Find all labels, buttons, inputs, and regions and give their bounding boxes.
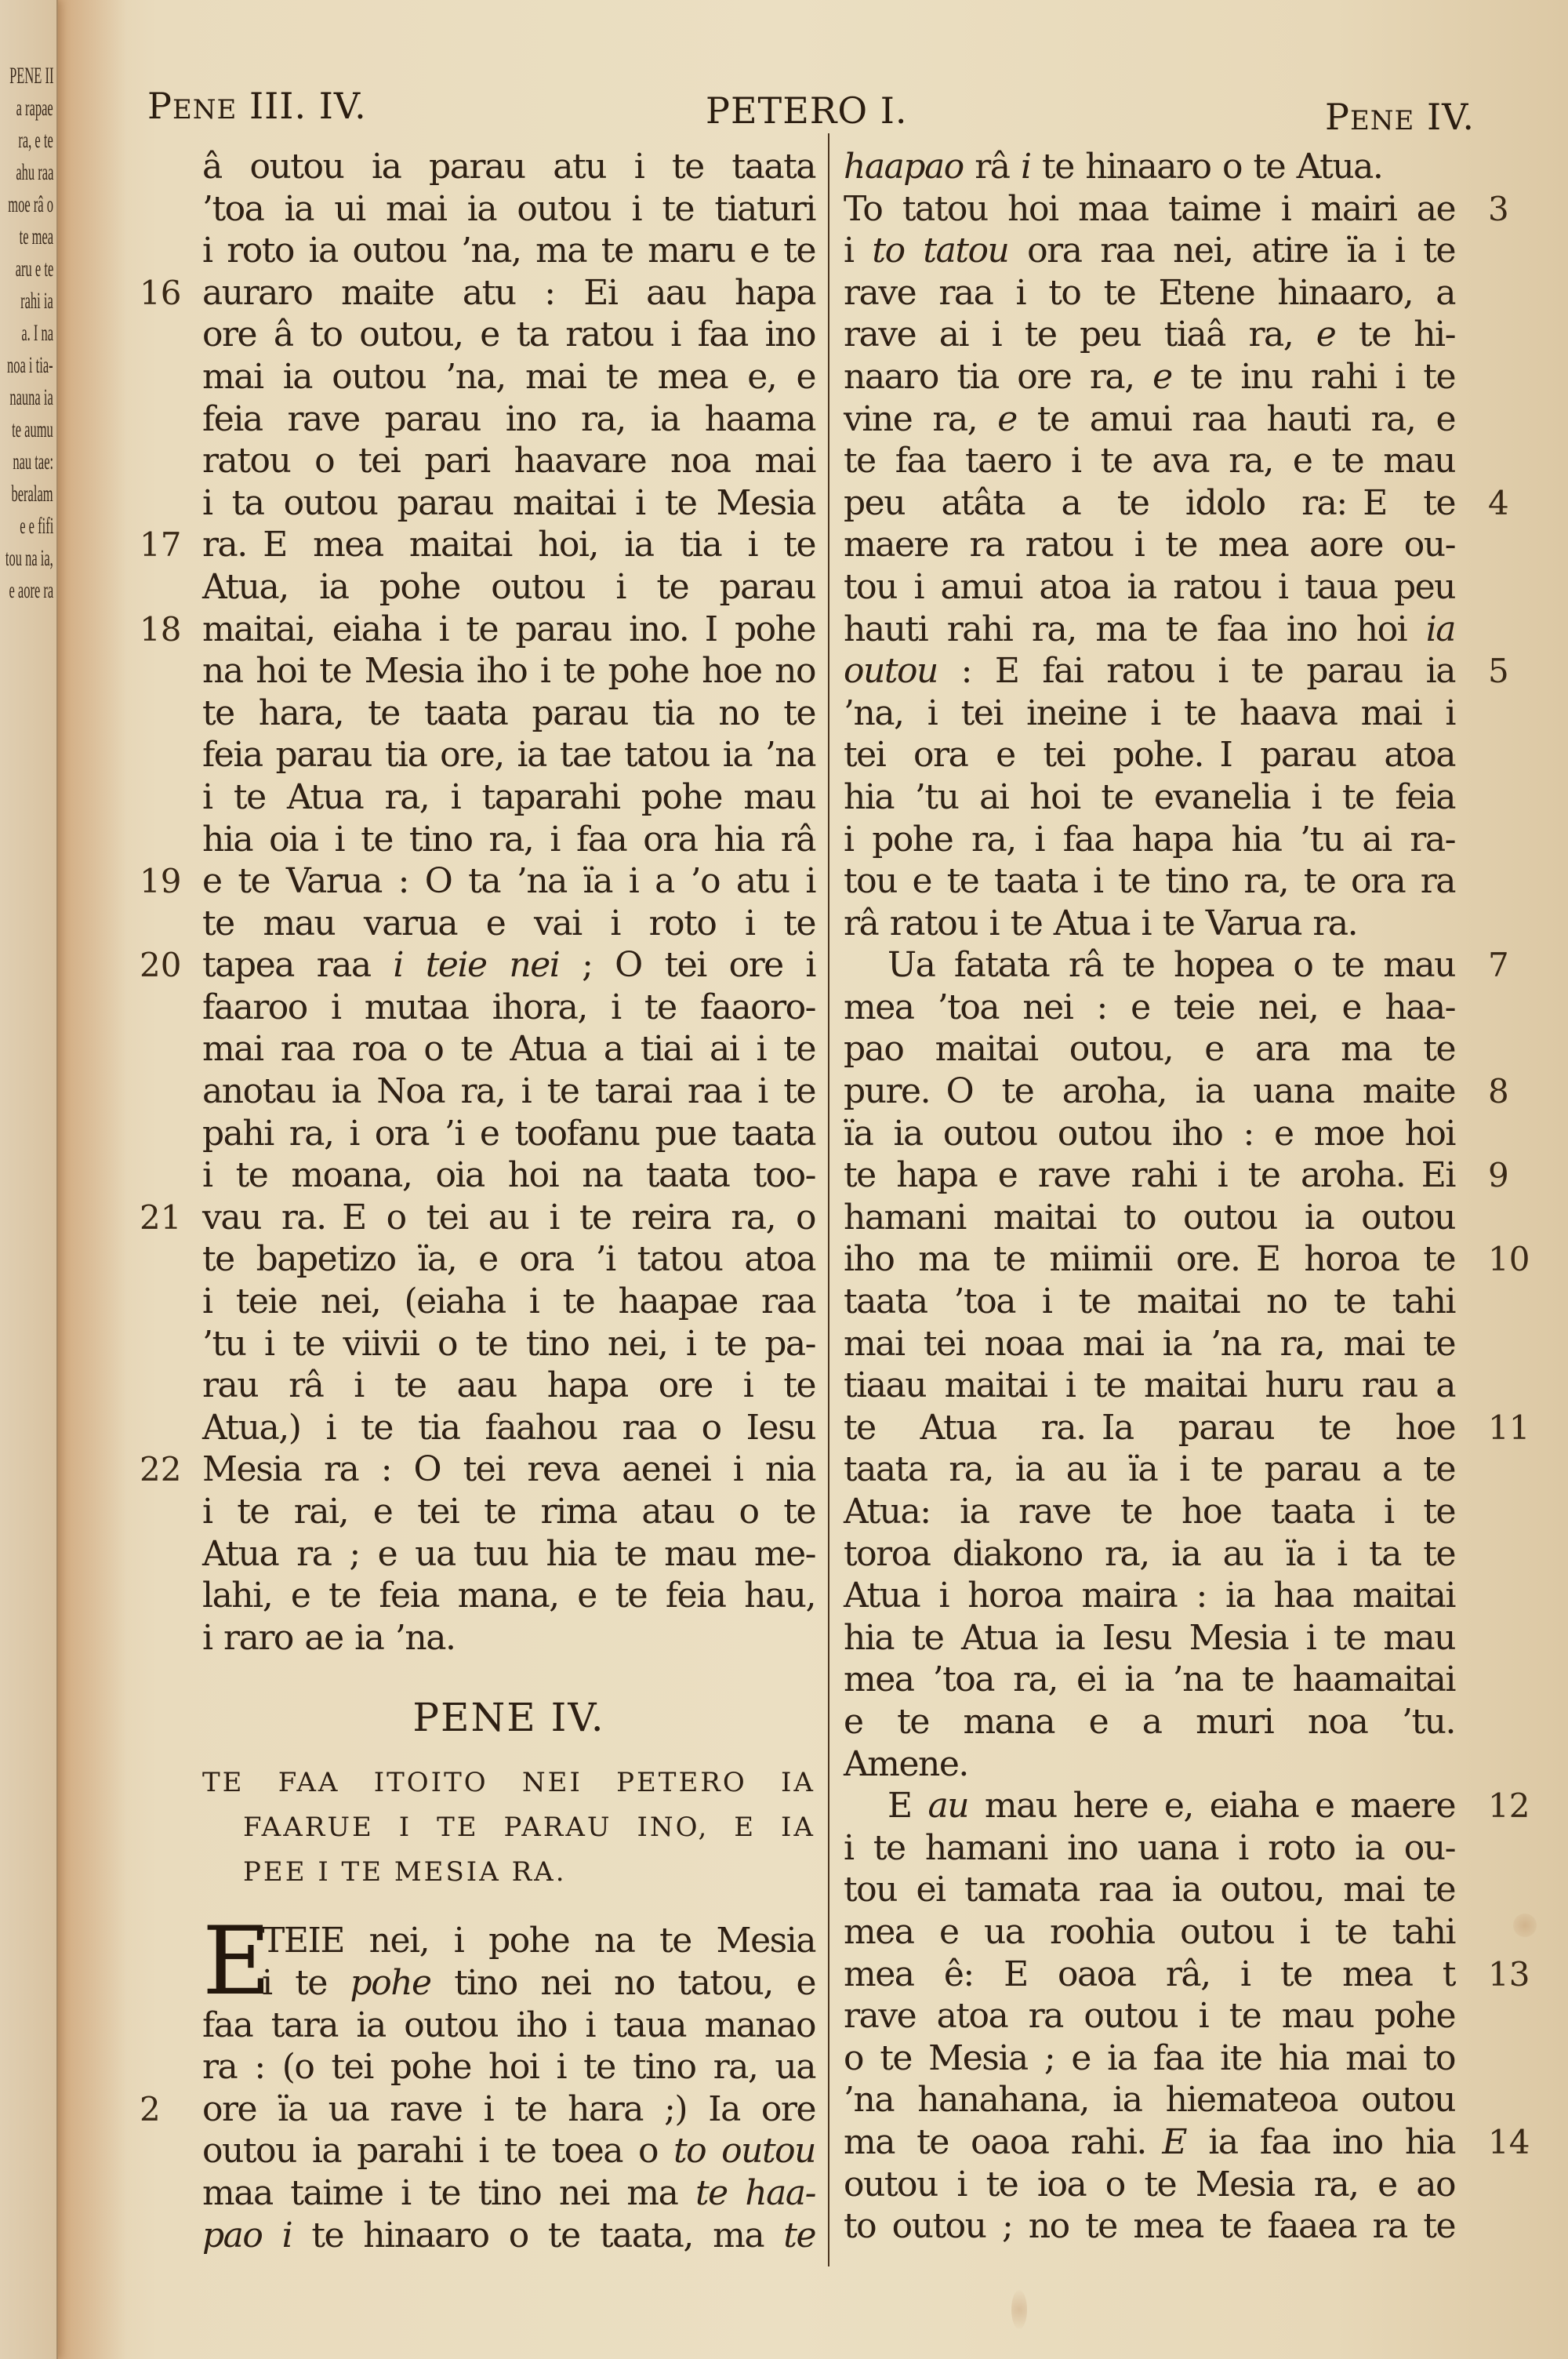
text-line: 14ma te oaoa rahi. E ia faa ino hia bbox=[844, 2121, 1455, 2164]
text-line: 13mea ê: E oaoa râ, i te mea t bbox=[844, 1954, 1455, 1996]
italic-text: te haa- bbox=[695, 2173, 815, 2213]
italic-text: outou bbox=[844, 651, 938, 691]
text-line: 3To tatou hoi maa taime i mairi ae bbox=[844, 188, 1455, 231]
text-line: i pohe ra, i faa hapa hia ’tu ai ra- bbox=[844, 819, 1455, 861]
line-text: i te Atua ra, i taparahi pohe mau bbox=[202, 777, 815, 817]
italic-text: i teie nei bbox=[393, 945, 559, 985]
line-text: te Atua ra. Ia parau te hoe bbox=[844, 1408, 1455, 1448]
text-line: feia parau tia ore, ia tae tatou ia ’na bbox=[202, 734, 815, 776]
previous-page-text: moe râ o bbox=[8, 191, 53, 218]
text-line: 17ra. E mea maitai hoi, ia tia i te bbox=[202, 524, 815, 566]
text-line: TEIE nei, i pohe na te Mesia bbox=[202, 1920, 815, 1962]
line-text: feia rave parau ino ra, ia haama bbox=[202, 399, 815, 439]
text-line: lahi, e te feia mana, e te feia hau, bbox=[202, 1575, 815, 1617]
text-line: faa tara ia outou iho i taua manao bbox=[202, 2005, 815, 2047]
line-text: rau râ i te aau hapa ore i te bbox=[202, 1365, 815, 1405]
line-text: Atua: ia rave te hoe taata i te bbox=[844, 1492, 1455, 1532]
text-line: rave ai i te peu tiaâ ra, e te hi- bbox=[844, 314, 1455, 356]
text-line: 2ore ïa ua rave i te hara ;) Ia ore bbox=[202, 2088, 815, 2131]
previous-page-text: e aore ra bbox=[9, 577, 53, 604]
line-text: ore ïa ua rave i te hara ;) Ia ore bbox=[202, 2089, 815, 2129]
line-text: na hoi te Mesia iho i te pohe hoe no bbox=[202, 651, 815, 691]
line-text: ma te oaoa rahi. bbox=[844, 2122, 1162, 2162]
line-text: lahi, e te feia mana, e te feia hau, bbox=[202, 1576, 815, 1616]
line-text: i te bbox=[262, 1963, 350, 2003]
line-text: i ta outou parau maitai i te Mesia bbox=[202, 483, 815, 523]
text-line: rave raa i to te Etene hinaaro, a bbox=[844, 272, 1455, 314]
text-line: 19e te Varua : O ta ’na ïa i a ’o atu i bbox=[202, 860, 815, 903]
text-line: i raro ae ia ’na. bbox=[202, 1617, 815, 1659]
line-text: ’toa ia ui mai ia outou i te tiaturi bbox=[202, 189, 815, 229]
text-line: rave atoa ra outou i te mau pohe bbox=[844, 1995, 1455, 2037]
line-text: maitai, eiaha i te parau ino. I pohe bbox=[202, 609, 815, 649]
previous-page-text: beralam bbox=[12, 481, 53, 507]
italic-text: to outou bbox=[673, 2131, 815, 2171]
previous-page-text: noa i tia- bbox=[7, 352, 53, 379]
line-text: hauti rahi ra, ma te faa ino hoi bbox=[844, 609, 1426, 649]
line-text: faa tara ia outou iho i taua manao bbox=[202, 2005, 815, 2045]
line-text: e te Varua : O ta ’na ïa i a ’o atu i bbox=[202, 861, 815, 901]
text-line: 18maitai, eiaha i te parau ino. I pohe bbox=[202, 609, 815, 651]
text-line: râ ratou i te Atua i te Varua ra. bbox=[844, 903, 1455, 945]
line-text: taata ’toa i te maitai no te tahi bbox=[844, 1281, 1455, 1321]
previous-page-text: rahi ia bbox=[20, 288, 53, 314]
line-text: hamani maitai to outou ia outou bbox=[844, 1198, 1455, 1238]
text-line: mea ’toa ra, ei ia ’na te haamaitai bbox=[844, 1659, 1455, 1701]
line-text: ia faa ino hia bbox=[1186, 2122, 1455, 2162]
running-head-book-title: PETERO I. bbox=[706, 89, 908, 132]
text-line: feia rave parau ino ra, ia haama bbox=[202, 398, 815, 441]
previous-page-text: e e fifi bbox=[20, 513, 53, 540]
text-line: i te Atua ra, i taparahi pohe mau bbox=[202, 776, 815, 819]
text-line: outou i te ioa o te Mesia ra, e ao bbox=[844, 2164, 1455, 2206]
summary-line: TE FAA ITOITO NEI PETERO IA bbox=[202, 1761, 815, 1805]
line-text: outou ia parahi i te toea o bbox=[202, 2131, 673, 2171]
text-line: hia oia i te tino ra, i faa ora hia râ bbox=[202, 819, 815, 861]
column-divider bbox=[828, 133, 829, 2266]
line-text: i te moana, oia hoi na taata too- bbox=[202, 1155, 815, 1195]
text-line: 21vau ra. E o tei au i te reira ra, o bbox=[202, 1197, 815, 1239]
line-text: ïa ia outou outou iho : e moe hoi bbox=[844, 1114, 1455, 1154]
line-text: : E fai ratou i te parau ia bbox=[938, 651, 1455, 691]
text-line: anotau ia Noa ra, i te tarai raa i te bbox=[202, 1070, 815, 1113]
previous-page-edge: PENE IIa rapaera, e teahu raamoe râ ote … bbox=[0, 0, 58, 2359]
verse-number: 9 bbox=[1488, 1154, 1543, 1197]
text-line: Atua,) i te tia faahou raa o Iesu bbox=[202, 1407, 815, 1449]
line-text: mea ’toa nei : e teie nei, e haa- bbox=[844, 987, 1455, 1027]
text-line: rau râ i te aau hapa ore i te bbox=[202, 1365, 815, 1407]
text-line: mai tei noaa mai ia ’na ra, mai te bbox=[844, 1323, 1455, 1365]
verse-number: 10 bbox=[1488, 1238, 1543, 1281]
text-line: 9te hapa e rave rahi i te aroha. Ei bbox=[844, 1154, 1455, 1197]
text-line: â outou ia parau atu i te taata bbox=[202, 146, 815, 188]
text-line: te bapetizo ïa, e ora ’i tatou atoa bbox=[202, 1238, 815, 1281]
gutter-shadow bbox=[56, 0, 127, 2359]
italic-text: E bbox=[1162, 2122, 1186, 2162]
text-line: to outou ; no te mea te faaea ra te bbox=[844, 2205, 1455, 2248]
line-text: â outou ia parau atu i te taata bbox=[202, 147, 815, 187]
text-line: Atua ra ; e ua tuu hia te mau me- bbox=[202, 1533, 815, 1576]
line-text: maere ra ratou i te mea aore ou- bbox=[844, 525, 1455, 565]
line-text: ratou o tei pari haavare noa mai bbox=[202, 441, 815, 481]
text-line: hauti rahi ra, ma te faa ino hoi ia bbox=[844, 609, 1455, 651]
book-page: PENE IIa rapaera, e teahu raamoe râ ote … bbox=[0, 0, 1568, 2359]
text-line: tou ei tamata raa ia outou, mai te bbox=[844, 1869, 1455, 1911]
text-line: outou ia parahi i te toea o to outou bbox=[202, 2130, 815, 2172]
verse-number: 22 bbox=[140, 1448, 190, 1491]
text-line: Amene. bbox=[844, 1743, 1455, 1786]
text-line: ïa ia outou outou iho : e moe hoi bbox=[844, 1113, 1455, 1155]
previous-page-text: te aumu bbox=[12, 416, 53, 443]
text-line: mai raa roa o te Atua a tiai ai i te bbox=[202, 1028, 815, 1070]
text-line: vine ra, e te amui raa hauti ra, e bbox=[844, 398, 1455, 441]
line-text: i teie nei, (eiaha i te haapae raa bbox=[202, 1281, 815, 1321]
line-text: i bbox=[844, 231, 872, 271]
line-text: te hinaaro o te Atua. bbox=[1031, 147, 1383, 187]
text-line: 7Ua fatata râ te hopea o te mau bbox=[844, 944, 1455, 987]
text-line: tou e te taata i te tino ra, te ora ra bbox=[844, 860, 1455, 903]
left-column: â outou ia parau atu i te taata’toa ia u… bbox=[202, 146, 815, 2256]
line-text: mea e ua roohia outou i te tahi bbox=[844, 1912, 1455, 1952]
line-text: ra : (o tei pohe hoi i te tino ra, ua bbox=[202, 2047, 815, 2087]
line-text: tou ei tamata raa ia outou, mai te bbox=[844, 1870, 1455, 1910]
text-line: i teie nei, (eiaha i te haapae raa bbox=[202, 1281, 815, 1323]
chapter-opening: ETEIE nei, i pohe na te Mesiai te pohe t… bbox=[202, 1920, 815, 2256]
text-line: 4peu atâta a te idolo ra: E te bbox=[844, 482, 1455, 525]
line-text: pahi ra, i ora ’i e toofanu pue taata bbox=[202, 1114, 815, 1154]
line-text: peu atâta a te idolo ra: E te bbox=[844, 483, 1455, 523]
italic-text: e bbox=[1152, 357, 1172, 397]
text-line: ra : (o tei pohe hoi i te tino ra, ua bbox=[202, 2046, 815, 2088]
text-line: 16auraro maite atu : Ei aau hapa bbox=[202, 272, 815, 314]
previous-page-text: tou na ia, bbox=[5, 545, 53, 572]
line-text: te faa taero i te ava ra, e te mau bbox=[844, 441, 1455, 481]
line-text: te hara, te taata parau tia no te bbox=[202, 693, 815, 733]
text-line: te hara, te taata parau tia no te bbox=[202, 692, 815, 735]
line-text: hia oia i te tino ra, i faa ora hia râ bbox=[202, 820, 815, 860]
text-line: naaro tia ore ra, e te inu rahi i te bbox=[844, 356, 1455, 398]
text-line: 22Mesia ra : O tei reva aenei i nia bbox=[202, 1448, 815, 1491]
line-text: Mesia ra : O tei reva aenei i nia bbox=[202, 1449, 815, 1489]
line-text: hia te Atua ia Iesu Mesia i te mau bbox=[844, 1618, 1455, 1658]
text-line: 5outou : E fai ratou i te parau ia bbox=[844, 650, 1455, 692]
verse-number: 16 bbox=[140, 272, 190, 314]
running-head-right: PENE IV. bbox=[1325, 96, 1475, 138]
text-line: e te mana e a muri noa ’tu. bbox=[844, 1701, 1455, 1743]
text-line: i to tatou ora raa nei, atire ïa i te bbox=[844, 230, 1455, 272]
previous-page-text: nau tae: bbox=[13, 449, 53, 475]
line-text: TEIE nei, i pohe na te Mesia bbox=[262, 1921, 815, 1961]
text-line: mai ia outou ’na, mai te mea e, e bbox=[202, 356, 815, 398]
line-text: auraro maite atu : Ei aau hapa bbox=[202, 273, 815, 313]
chapter-summary: TE FAA ITOITO NEI PETERO IAFAARUE I TE P… bbox=[202, 1761, 815, 1895]
line-text: mea ê: E oaoa râ, i te mea t bbox=[844, 1954, 1455, 1994]
text-line: hamani maitai to outou ia outou bbox=[844, 1197, 1455, 1239]
line-text: râ ratou i te Atua i te Varua ra. bbox=[844, 903, 1357, 943]
line-text: mai raa roa o te Atua a tiai ai i te bbox=[202, 1029, 815, 1069]
line-text: i pohe ra, i faa hapa hia ’tu ai ra- bbox=[844, 820, 1455, 860]
text-line: tei ora e tei pohe. I parau atoa bbox=[844, 734, 1455, 776]
line-text: te amui raa hauti ra, e bbox=[1017, 399, 1455, 439]
line-text: Atua ra ; e ua tuu hia te mau me- bbox=[202, 1534, 815, 1574]
text-line: Atua, ia pohe outou i te parau bbox=[202, 566, 815, 609]
line-text: toroa diakono ra, ia au ïa i ta te bbox=[844, 1534, 1455, 1574]
line-text: anotau ia Noa ra, i te tarai raa i te bbox=[202, 1071, 815, 1111]
summary-line: PEE I TE MESIA RA. bbox=[202, 1850, 815, 1895]
text-line: mea ’toa nei : e teie nei, e haa- bbox=[844, 987, 1455, 1029]
verse-number: 11 bbox=[1488, 1407, 1543, 1449]
line-text: rave ai i te peu tiaâ ra, bbox=[844, 314, 1316, 354]
verse-number: 7 bbox=[1488, 944, 1543, 987]
line-text: vau ra. E o tei au i te reira ra, o bbox=[202, 1198, 815, 1238]
line-text: te hi- bbox=[1335, 314, 1455, 354]
text-line: pao maitai outou, e ara ma te bbox=[844, 1028, 1455, 1070]
line-text: Ua fatata râ te hopea o te mau bbox=[887, 945, 1455, 985]
text-line: 11te Atua ra. Ia parau te hoe bbox=[844, 1407, 1455, 1449]
verse-number: 20 bbox=[140, 944, 190, 987]
previous-page-text: ahu raa bbox=[16, 159, 53, 186]
verse-number: 17 bbox=[140, 524, 190, 566]
running-head: PENE III. IV. PETERO I. PENE IV. bbox=[0, 78, 1568, 133]
line-text: Atua,) i te tia faahou raa o Iesu bbox=[202, 1408, 815, 1448]
line-text: i te rai, e tei te rima atau o te bbox=[202, 1492, 815, 1532]
verse-number: 3 bbox=[1488, 188, 1543, 231]
text-line: i ta outou parau maitai i te Mesia bbox=[202, 482, 815, 525]
line-text: naaro tia ore ra, bbox=[844, 357, 1152, 397]
line-text: te hapa e rave rahi i te aroha. Ei bbox=[844, 1155, 1455, 1195]
text-line: 12E au mau here e, eiaha e maere bbox=[844, 1785, 1455, 1827]
line-text: Atua i horoa maira : ia haa maitai bbox=[844, 1576, 1455, 1616]
line-text: iho ma te miimii ore. E horoa te bbox=[844, 1239, 1455, 1279]
line-text: ra. E mea maitai hoi, ia tia i te bbox=[202, 525, 815, 565]
line-text: ora raa nei, atire ïa i te bbox=[1008, 231, 1455, 271]
line-text: Amene. bbox=[844, 1744, 968, 1784]
line-text: te inu rahi i te bbox=[1172, 357, 1455, 397]
verse-number: 2 bbox=[140, 2088, 190, 2131]
line-text: hia ’tu ai hoi te evanelia i te feia bbox=[844, 777, 1455, 817]
previous-page-text: a. I na bbox=[21, 320, 53, 347]
text-line: ’na hanahana, ia hiemateoa outou bbox=[844, 2079, 1455, 2121]
text-line: 20tapea raa i teie nei ; O tei ore i bbox=[202, 944, 815, 987]
line-text: maa taime i te tino nei ma bbox=[202, 2173, 695, 2213]
line-text: ore â to outou, e ta ratou i faa ino bbox=[202, 314, 815, 354]
text-line: faaroo i mutaa ihora, i te faaoro- bbox=[202, 987, 815, 1029]
text-line: mea e ua roohia outou i te tahi bbox=[844, 1911, 1455, 1954]
text-line: Atua: ia rave te hoe taata i te bbox=[844, 1491, 1455, 1533]
previous-page-text: te mea bbox=[19, 224, 53, 250]
verse-number: 4 bbox=[1488, 482, 1543, 525]
line-text: tapea raa bbox=[202, 945, 393, 985]
text-line: tou i amui atoa ia ratou i taua peu bbox=[844, 566, 1455, 609]
chapter-heading: PENE IV. bbox=[202, 1659, 815, 1761]
previous-page-text: nauna ia bbox=[10, 384, 53, 411]
verse-number: 13 bbox=[1488, 1954, 1543, 1996]
line-text: mau here e, eiaha e maere bbox=[968, 1786, 1455, 1826]
verse-number: 5 bbox=[1488, 650, 1543, 692]
text-line: Atua i horoa maira : ia haa maitai bbox=[844, 1575, 1455, 1617]
text-line: te mau varua e vai i roto i te bbox=[202, 903, 815, 945]
verse-number: 14 bbox=[1488, 2121, 1543, 2164]
line-text: râ bbox=[964, 147, 1021, 187]
italic-text: haapao bbox=[844, 147, 964, 187]
text-line: ratou o tei pari haavare noa mai bbox=[202, 440, 815, 482]
line-text: rave atoa ra outou i te mau pohe bbox=[844, 1996, 1455, 2036]
italic-text: ia bbox=[1426, 609, 1455, 649]
text-line: haapao râ i te hinaaro o te Atua. bbox=[844, 146, 1455, 188]
summary-line: FAARUE I TE PARAU INO, E IA bbox=[202, 1805, 815, 1850]
text-line: i te pohe tino nei no tatou, e bbox=[202, 1962, 815, 2005]
text-line: taata ra, ia au ïa i te parau a te bbox=[844, 1448, 1455, 1491]
italic-text: pao i bbox=[202, 2215, 292, 2255]
italic-text: pohe bbox=[350, 1963, 431, 2003]
verse-number: 21 bbox=[140, 1197, 190, 1239]
verse-number: 12 bbox=[1488, 1785, 1543, 1827]
text-line: ore â to outou, e ta ratou i faa ino bbox=[202, 314, 815, 356]
line-text: o te Mesia ; e ia faa ite hia mai to bbox=[844, 2038, 1455, 2078]
text-line: pahi ra, i ora ’i e toofanu pue taata bbox=[202, 1113, 815, 1155]
line-text: taata ra, ia au ïa i te parau a te bbox=[844, 1449, 1455, 1489]
text-line: toroa diakono ra, ia au ïa i ta te bbox=[844, 1533, 1455, 1576]
line-text: faaroo i mutaa ihora, i te faaoro- bbox=[202, 987, 815, 1027]
text-line: na hoi te Mesia iho i te pohe hoe no bbox=[202, 650, 815, 692]
line-text: ’na hanahana, ia hiemateoa outou bbox=[844, 2080, 1455, 2120]
line-text: i te hamani ino uana i roto ia ou- bbox=[844, 1828, 1455, 1868]
line-text: i roto ia outou ’na, ma te maru e te bbox=[202, 231, 815, 271]
line-text: outou i te ioa o te Mesia ra, e ao bbox=[844, 2165, 1455, 2205]
text-line: ’na, i tei ineine i te haava mai i bbox=[844, 692, 1455, 735]
verse-number: 8 bbox=[1488, 1070, 1543, 1113]
line-text: feia parau tia ore, ia tae tatou ia ’na bbox=[202, 735, 815, 775]
line-text: pao maitai outou, e ara ma te bbox=[844, 1029, 1455, 1069]
line-text: te bapetizo ïa, e ora ’i tatou atoa bbox=[202, 1239, 815, 1279]
line-text: vine ra, bbox=[844, 399, 997, 439]
line-text: ’na, i tei ineine i te haava mai i bbox=[844, 693, 1455, 733]
line-text: ’tu i te viivii o te tino nei, i te pa- bbox=[202, 1324, 815, 1364]
text-line: tiaau maitai i te maitai huru rau a bbox=[844, 1365, 1455, 1407]
text-line: i te moana, oia hoi na taata too- bbox=[202, 1154, 815, 1197]
text-line: 10iho ma te miimii ore. E horoa te bbox=[844, 1238, 1455, 1281]
line-text: te hinaaro o te taata, ma bbox=[292, 2215, 783, 2255]
italic-text: te bbox=[783, 2215, 815, 2255]
line-text: Atua, ia pohe outou i te parau bbox=[202, 567, 815, 607]
line-text: pure. O te aroha, ia uana maite bbox=[844, 1071, 1455, 1111]
text-line: i roto ia outou ’na, ma te maru e te bbox=[202, 230, 815, 272]
line-text: e te mana e a muri noa ’tu. bbox=[844, 1702, 1455, 1742]
text-line: te faa taero i te ava ra, e te mau bbox=[844, 440, 1455, 482]
text-line: ’toa ia ui mai ia outou i te tiaturi bbox=[202, 188, 815, 231]
line-text: To tatou hoi maa taime i mairi ae bbox=[844, 189, 1455, 229]
italic-text: to tatou bbox=[872, 231, 1008, 271]
line-text: tou e te taata i te tino ra, te ora ra bbox=[844, 861, 1455, 901]
line-text: mai tei noaa mai ia ’na ra, mai te bbox=[844, 1324, 1455, 1364]
paper-stain bbox=[1513, 1914, 1537, 1937]
line-text: tei ora e tei pohe. I parau atoa bbox=[844, 735, 1455, 775]
text-line: hia te Atua ia Iesu Mesia i te mau bbox=[844, 1617, 1455, 1659]
running-head-left: PENE III. IV. bbox=[147, 85, 367, 127]
line-text: ; O tei ore i bbox=[559, 945, 815, 985]
text-line: o te Mesia ; e ia faa ite hia mai to bbox=[844, 2037, 1455, 2080]
verse-number: 19 bbox=[140, 860, 190, 903]
paper-stain bbox=[1011, 2290, 1027, 2329]
text-line: ’tu i te viivii o te tino nei, i te pa- bbox=[202, 1323, 815, 1365]
line-text: rave raa i to te Etene hinaaro, a bbox=[844, 273, 1455, 313]
line-text: mea ’toa ra, ei ia ’na te haamaitai bbox=[844, 1659, 1455, 1699]
text-line: maa taime i te tino nei ma te haa- bbox=[202, 2172, 815, 2215]
italic-text: au bbox=[927, 1786, 968, 1826]
text-line: pao i te hinaaro o te taata, ma te bbox=[202, 2215, 815, 2257]
line-text: i raro ae ia ’na. bbox=[202, 1618, 455, 1658]
line-text: tou i amui atoa ia ratou i taua peu bbox=[844, 567, 1455, 607]
line-text: tino nei no tatou, e bbox=[431, 1963, 815, 2003]
italic-text: i bbox=[1021, 147, 1031, 187]
line-text: E bbox=[887, 1786, 927, 1826]
line-text: te mau varua e vai i roto i te bbox=[202, 903, 815, 943]
line-text: tiaau maitai i te maitai huru rau a bbox=[844, 1365, 1455, 1405]
italic-text: e bbox=[1316, 314, 1336, 354]
text-line: 8pure. O te aroha, ia uana maite bbox=[844, 1070, 1455, 1113]
italic-text: e bbox=[997, 399, 1017, 439]
right-column: haapao râ i te hinaaro o te Atua.3To tat… bbox=[844, 146, 1455, 2248]
previous-page-text: aru e te bbox=[15, 256, 53, 282]
text-line: i te hamani ino uana i roto ia ou- bbox=[844, 1827, 1455, 1870]
text-line: taata ’toa i te maitai no te tahi bbox=[844, 1281, 1455, 1323]
line-text: mai ia outou ’na, mai te mea e, e bbox=[202, 357, 815, 397]
verse-number: 18 bbox=[140, 609, 190, 651]
text-line: hia ’tu ai hoi te evanelia i te feia bbox=[844, 776, 1455, 819]
text-line: i te rai, e tei te rima atau o te bbox=[202, 1491, 815, 1533]
text-line: maere ra ratou i te mea aore ou- bbox=[844, 524, 1455, 566]
line-text: to outou ; no te mea te faaea ra te bbox=[844, 2206, 1455, 2246]
